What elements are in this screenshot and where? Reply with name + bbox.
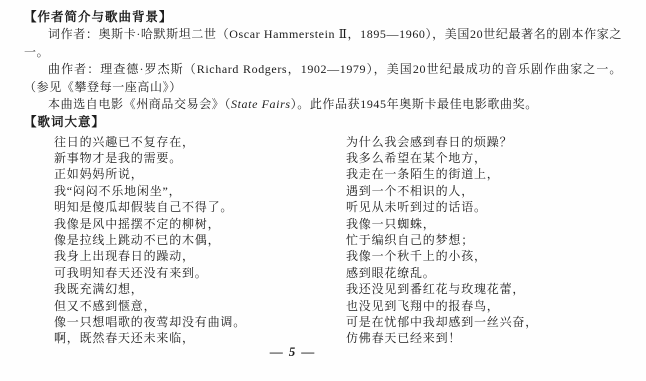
page-number-dash-right: — [301,344,316,359]
lyric-line: 我走在一条陌生的街道上， [346,166,622,182]
lyric-line: 我身上出现春日的躁动， [54,248,323,264]
lyric-line: 感到眼花缭乱。 [346,265,622,281]
lyric-line: 我“闷闷不乐地闲坐”， [54,183,323,199]
lyrics-left-column: 往日的兴趣已不复存在，新事物才是我的需要。正如妈妈所说，我“闷闷不乐地闲坐”，明… [24,134,323,347]
film-source-suffix: ）。此作品获1945年奥斯卡最佳电影歌曲奖。 [291,97,538,111]
lyric-line: 可我明知春天还没有来到。 [54,265,323,281]
lyric-line: 往日的兴趣已不复存在， [54,134,323,150]
lyrics-columns: 往日的兴趣已不复存在，新事物才是我的需要。正如妈妈所说，我“闷闷不乐地闲坐”，明… [24,134,622,347]
lyric-line: 正如妈妈所说， [54,166,323,182]
lyrics-section: 【歌词大意】 往日的兴趣已不复存在，新事物才是我的需要。正如妈妈所说，我“闷闷不… [24,114,622,347]
lyric-line: 我像是风中摇摆不定的柳树， [54,216,323,232]
document-page: 【作者简介与歌曲背景】 词作者：奥斯卡·哈默斯坦二世（Oscar Hammers… [0,0,646,381]
lyric-line: 明知是傻瓜却假装自己不得了。 [54,199,323,215]
lyrics-right-column: 为什么我会感到春日的烦躁？我多么希望在某个地方，我走在一条陌生的街道上，遇到一个… [323,134,622,347]
film-title-latin: State Fairs [231,97,291,111]
lyric-line: 为什么我会感到春日的烦躁？ [346,134,622,150]
lyric-line: 我既充满幻想， [54,281,323,297]
lyric-line: 也没见到飞翔中的报春鸟， [346,298,622,314]
lyrics-heading: 【歌词大意】 [24,114,622,131]
lyric-line: 新事物才是我的需要。 [54,150,323,166]
lyric-line: 但又不感到惬意， [54,298,323,314]
lyric-line: 像一只想唱歌的夜莺却没有曲调。 [54,314,323,330]
page-number-dash-left: — [270,344,285,359]
lyric-line: 听见从未听到过的话语。 [346,199,622,215]
lyric-line: 遇到一个不相识的人， [346,183,622,199]
composer-paragraph: 曲作者：理查德·罗杰斯（Richard Rodgers，1902—1979），美… [24,61,622,96]
film-source-paragraph: 本曲选自电影《州商品交易会》（State Fairs）。此作品获1945年奥斯卡… [24,96,622,114]
page-number-value: 5 [285,344,302,359]
lyric-line: 我像一个秋千上的小孩， [346,248,622,264]
page-number: —5— [0,344,586,360]
lyric-line: 我多么希望在某个地方， [346,150,622,166]
lyric-line: 我还没见到番红花与玫瑰花蕾， [346,281,622,297]
lyric-line: 像是拉线上跳动不已的木偶， [54,232,323,248]
lyric-line: 我像一只蜘蛛， [346,216,622,232]
lyricist-paragraph: 词作者：奥斯卡·哈默斯坦二世（Oscar Hammerstein Ⅱ，1895—… [24,26,622,61]
lyric-line: 可是在忧郁中我却感到一丝兴奋， [346,314,622,330]
film-source-prefix: 本曲选自电影《州商品交易会》（ [48,97,231,111]
author-background-section: 【作者简介与歌曲背景】 词作者：奥斯卡·哈默斯坦二世（Oscar Hammers… [24,9,622,114]
lyric-line: 忙于编织自己的梦想； [346,232,622,248]
author-background-heading: 【作者简介与歌曲背景】 [24,9,622,26]
